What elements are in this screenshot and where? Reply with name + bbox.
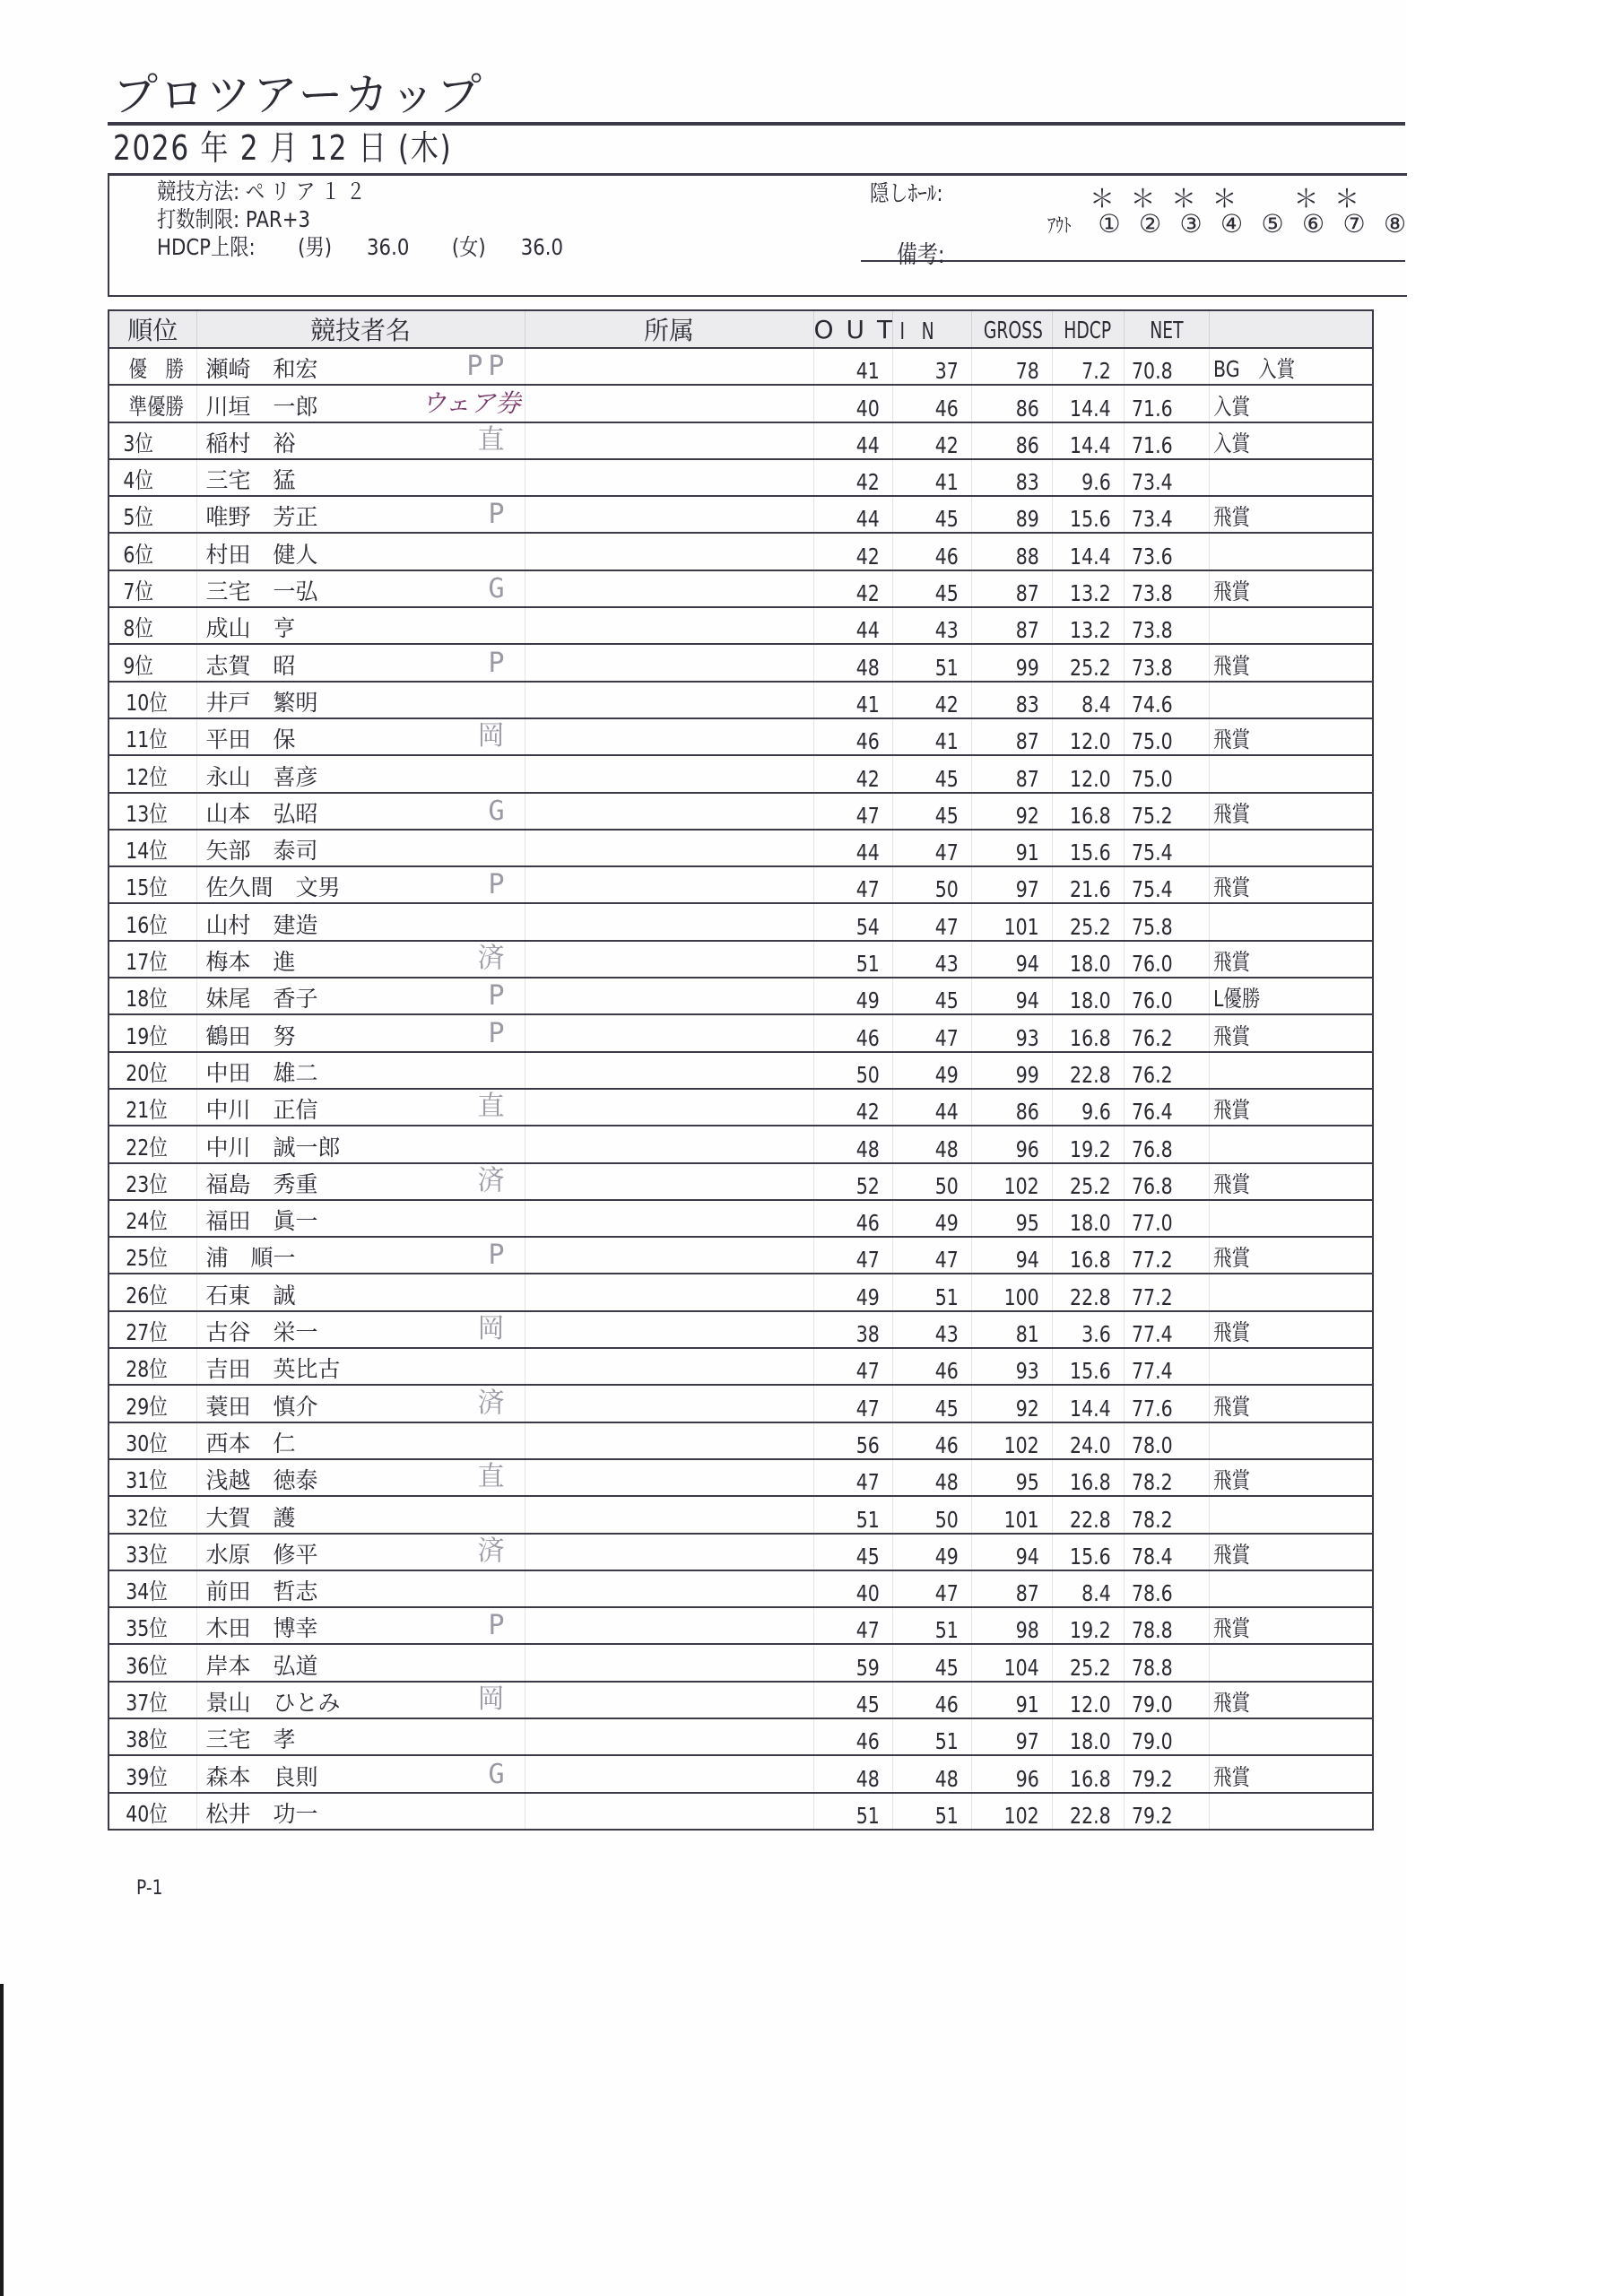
note-cell: 飛賞 (1209, 1682, 1373, 1718)
column-header-gross-text: GROSS (983, 317, 1042, 344)
rank-text: 33位 (126, 1537, 168, 1570)
gross-score: 92 (1015, 803, 1038, 829)
hdcp-cell: 21.6 (1052, 866, 1124, 903)
table-row: 25位浦 順一P47479416.877.2飛賞 (109, 1237, 1373, 1274)
net-cell: 75.4 (1124, 830, 1209, 866)
gross-score: 97 (1015, 1728, 1038, 1754)
table-row: 10位井戸 繁明4142838.474.6 (109, 682, 1373, 718)
note-cell (1209, 1274, 1373, 1310)
player-name-cell: 梅本 進済 (196, 941, 525, 978)
hdcp-cell: 25.2 (1052, 1163, 1124, 1200)
in-cell: 43 (892, 607, 971, 644)
player-name: 中田 雄二 (206, 1060, 318, 1086)
out-cell: 47 (813, 1385, 892, 1422)
note-cell (1209, 459, 1373, 496)
player-name: 石東 誠 (206, 1283, 296, 1309)
hdcp-cell: 7.2 (1052, 348, 1124, 385)
out-score: 48 (855, 1136, 879, 1162)
net-score: 77.4 (1132, 1358, 1173, 1384)
player-name-cell: 三宅 猛 (196, 459, 525, 496)
hdcp-cell: 12.0 (1052, 718, 1124, 755)
hdcp-value: 14.4 (1070, 1396, 1111, 1422)
net-cell: 78.4 (1124, 1534, 1209, 1570)
gross-score: 86 (1015, 396, 1038, 422)
net-score: 78.8 (1132, 1617, 1173, 1643)
out-cell: 38 (813, 1311, 892, 1348)
net-cell: 78.6 (1124, 1570, 1209, 1607)
player-name-cell: 志賀 昭P (196, 644, 525, 681)
player-name-cell: 水原 修平済 (196, 1534, 525, 1570)
out-cell: 48 (813, 644, 892, 681)
net-cell: 71.6 (1124, 385, 1209, 422)
rank-text: 3位 (123, 426, 153, 458)
hdcp-value: 9.6 (1081, 469, 1111, 495)
rank-cell: 16位 (109, 903, 196, 940)
note-cell: L優勝 (1209, 978, 1373, 1014)
net-cell: 73.8 (1124, 607, 1209, 644)
player-name: 三宅 一弘 (206, 578, 318, 604)
in-cell: 46 (892, 1682, 971, 1718)
rank-cell: 19位 (109, 1014, 196, 1051)
rank-cell: 31位 (109, 1459, 196, 1496)
gross-score: 91 (1015, 839, 1038, 865)
hdcp-value: 8.4 (1081, 691, 1111, 717)
award-note: 飛賞 (1213, 1092, 1250, 1125)
in-cell: 48 (892, 1755, 971, 1792)
hdcp-cell: 18.0 (1052, 941, 1124, 978)
player-name-cell: 浦 順一P (196, 1237, 525, 1274)
rank-cell: 14位 (109, 830, 196, 866)
award-note: 飛賞 (1213, 1611, 1250, 1643)
in-score: 51 (934, 1617, 958, 1643)
rank-cell: 8位 (109, 607, 196, 644)
table-row: 9位志賀 昭P48519925.273.8飛賞 (109, 644, 1373, 681)
player-name-cell: 木田 博幸P (196, 1607, 525, 1644)
rank-cell: 20位 (109, 1052, 196, 1089)
note-cell (1209, 1052, 1373, 1089)
net-cell: 77.6 (1124, 1385, 1209, 1422)
player-name: 平田 保 (206, 726, 296, 752)
rank-cell: 35位 (109, 1607, 196, 1644)
award-note: 入賞 (1213, 426, 1250, 458)
out-cell: 42 (813, 1089, 892, 1126)
player-name-cell: 中田 雄二 (196, 1052, 525, 1089)
in-score: 41 (934, 469, 958, 495)
gross-cell: 93 (971, 1014, 1052, 1051)
net-cell: 73.4 (1124, 496, 1209, 533)
rank-cell: 37位 (109, 1682, 196, 1718)
out-score: 44 (855, 839, 879, 865)
affiliation-cell (525, 682, 813, 718)
table-row: 18位妹尾 香子P49459418.076.0L優勝 (109, 978, 1373, 1014)
net-score: 77.4 (1132, 1321, 1173, 1347)
out-label: ｱｳﾄ (1047, 211, 1071, 239)
gross-cell: 83 (971, 682, 1052, 718)
rank-text: 16位 (126, 908, 168, 940)
hdcp-value: 25.2 (1070, 655, 1111, 681)
affiliation-cell (525, 1089, 813, 1126)
gross-score: 87 (1015, 1580, 1038, 1606)
table-row: 5位唯野 芳正P44458915.673.4飛賞 (109, 496, 1373, 533)
hdcp-value: 16.8 (1070, 1766, 1111, 1792)
affiliation-cell (525, 1200, 813, 1237)
net-cell: 75.8 (1124, 903, 1209, 940)
award-note: 入賞 (1213, 389, 1250, 422)
player-name: 木田 博幸 (206, 1615, 318, 1641)
note-cell (1209, 1126, 1373, 1162)
gross-cell: 91 (971, 830, 1052, 866)
gross-score: 96 (1015, 1136, 1038, 1162)
player-name-cell: 岸本 弘道 (196, 1644, 525, 1681)
out-cell: 41 (813, 682, 892, 718)
out-cell: 42 (813, 570, 892, 607)
column-header-in-text: I N (899, 313, 934, 346)
table-row: 33位水原 修平済45499415.678.4飛賞 (109, 1534, 1373, 1570)
out-score: 42 (855, 580, 879, 606)
in-cell: 47 (892, 1014, 971, 1051)
out-score: 49 (855, 1284, 879, 1310)
note-cell: 飛賞 (1209, 1237, 1373, 1274)
out-score: 42 (855, 469, 879, 495)
gross-score: 78 (1015, 358, 1038, 384)
in-cell: 48 (892, 1126, 971, 1162)
table-row: 15位佐久間 文男P47509721.675.4飛賞 (109, 866, 1373, 903)
player-name: 志賀 昭 (206, 653, 296, 679)
player-name-cell: 森本 良則G (196, 1755, 525, 1792)
player-name-cell: 三宅 孝 (196, 1718, 525, 1755)
in-cell: 45 (892, 978, 971, 1014)
rank-cell: 38位 (109, 1718, 196, 1755)
player-name: 三宅 猛 (206, 467, 296, 493)
stamp-mark: 直 (478, 1089, 510, 1123)
in-cell: 51 (892, 644, 971, 681)
out-cell: 51 (813, 941, 892, 978)
in-score: 45 (934, 506, 958, 532)
in-cell: 43 (892, 941, 971, 978)
gross-cell: 94 (971, 941, 1052, 978)
out-score: 40 (855, 1580, 879, 1606)
hdcp-cell: 15.6 (1052, 496, 1124, 533)
rank-cell: 28位 (109, 1348, 196, 1385)
hdcp-value: 15.6 (1070, 1544, 1111, 1570)
table-row: 20位中田 雄二50499922.876.2 (109, 1052, 1373, 1089)
in-score: 48 (934, 1469, 958, 1495)
out-cell: 50 (813, 1052, 892, 1089)
rank-cell: 22位 (109, 1126, 196, 1162)
affiliation-cell (525, 385, 813, 422)
stamp-mark: P (488, 648, 509, 679)
player-name-cell: 中川 誠一郎 (196, 1126, 525, 1162)
hole-3: ③ (1170, 209, 1211, 239)
remarks-label: 備考: (897, 235, 945, 270)
player-name: 永山 喜彦 (206, 764, 318, 790)
table-row: 優 勝瀬崎 和宏PP4137787.270.8BG 入賞 (109, 348, 1373, 385)
net-score: 79.2 (1132, 1766, 1173, 1792)
in-cell: 41 (892, 718, 971, 755)
in-score: 51 (934, 1728, 958, 1754)
out-score: 49 (855, 987, 879, 1013)
hdcp-value: 16.8 (1070, 1469, 1111, 1495)
in-cell: 45 (892, 1644, 971, 1681)
hole-2: ② (1130, 209, 1171, 239)
net-score: 75.4 (1132, 839, 1173, 865)
net-score: 71.6 (1132, 432, 1173, 458)
player-name-cell: 永山 喜彦 (196, 755, 525, 792)
out-cell: 48 (813, 1755, 892, 1792)
in-cell: 51 (892, 1607, 971, 1644)
hdcp-value: 12.0 (1070, 1692, 1111, 1718)
rank-cell: 21位 (109, 1089, 196, 1126)
hdcp-value: 15.6 (1070, 506, 1111, 532)
hdcp-value: 16.8 (1070, 803, 1111, 829)
award-note: 飛賞 (1213, 944, 1250, 977)
gross-score: 83 (1015, 469, 1038, 495)
hdcp-cell: 12.0 (1052, 1682, 1124, 1718)
hdcp-value: 12.0 (1070, 728, 1111, 754)
in-cell: 45 (892, 570, 971, 607)
hdcp-value: 25.2 (1070, 1655, 1111, 1681)
column-header-affiliation: 所属 (525, 310, 813, 348)
affiliation-cell (525, 1126, 813, 1162)
gross-score: 91 (1015, 1692, 1038, 1718)
column-header-note (1209, 310, 1373, 348)
in-score: 41 (934, 728, 958, 754)
rank-text: 28位 (126, 1352, 168, 1384)
net-cell: 76.8 (1124, 1126, 1209, 1162)
rank-cell: 30位 (109, 1422, 196, 1459)
note-cell: 飛賞 (1209, 1755, 1373, 1792)
out-score: 46 (855, 1728, 879, 1754)
in-score: 46 (934, 1358, 958, 1384)
note-cell: 飛賞 (1209, 570, 1373, 607)
rank-cell: 17位 (109, 941, 196, 978)
rank-text: 36位 (126, 1648, 168, 1681)
gross-cell: 97 (971, 866, 1052, 903)
net-cell: 78.0 (1124, 1422, 1209, 1459)
player-name-cell: 唯野 芳正P (196, 496, 525, 533)
hdcp-cell: 14.4 (1052, 385, 1124, 422)
out-cell: 42 (813, 755, 892, 792)
note-cell: BG 入賞 (1209, 348, 1373, 385)
rank-text: 15位 (126, 870, 168, 902)
gross-cell: 104 (971, 1644, 1052, 1681)
gross-cell: 94 (971, 1237, 1052, 1274)
hdcp-cell: 8.4 (1052, 682, 1124, 718)
player-name: 中川 誠一郎 (206, 1135, 341, 1161)
player-name-cell: 川垣 一郎ウェア券 (196, 385, 525, 422)
rank-text: 4位 (123, 463, 153, 495)
in-cell: 44 (892, 1089, 971, 1126)
table-row: 36位岸本 弘道594510425.278.8 (109, 1644, 1373, 1681)
net-score: 78.4 (1132, 1544, 1173, 1570)
affiliation-cell (525, 830, 813, 866)
event-date: 2026 年 2 月 12 日 (木) (113, 120, 452, 170)
net-score: 78.2 (1132, 1469, 1173, 1495)
column-header-net: NET (1124, 310, 1209, 348)
gross-score: 92 (1015, 1396, 1038, 1422)
table-row: 29位蓑田 慎介済47459214.477.6飛賞 (109, 1385, 1373, 1422)
rank-text: 40位 (126, 1796, 168, 1829)
affiliation-cell (525, 1348, 813, 1385)
player-name: 森本 良則 (206, 1764, 318, 1790)
award-note: 飛賞 (1213, 1167, 1250, 1199)
in-score: 46 (934, 396, 958, 422)
note-cell: 飛賞 (1209, 1385, 1373, 1422)
hdcp-cell: 13.2 (1052, 570, 1124, 607)
affiliation-cell (525, 422, 813, 459)
in-cell: 45 (892, 793, 971, 830)
hdcp-value: 18.0 (1070, 987, 1111, 1013)
note-cell: 飛賞 (1209, 496, 1373, 533)
player-name-cell: 中川 正信直 (196, 1089, 525, 1126)
table-row: 19位鶴田 努P46479316.876.2飛賞 (109, 1014, 1373, 1051)
gross-score: 95 (1015, 1210, 1038, 1236)
in-cell: 47 (892, 1570, 971, 1607)
in-cell: 43 (892, 1311, 971, 1348)
gross-cell: 102 (971, 1422, 1052, 1459)
affiliation-cell (525, 903, 813, 940)
player-name: 大賀 護 (206, 1505, 296, 1531)
out-score: 47 (855, 1617, 879, 1643)
hdcp-cell: 18.0 (1052, 978, 1124, 1014)
page-number: P-1 (136, 1877, 163, 1900)
hdcp-cell: 19.2 (1052, 1126, 1124, 1162)
player-name: 松井 功一 (206, 1801, 318, 1827)
gross-score: 102 (1003, 1803, 1038, 1829)
rank-text: 優 勝 (129, 352, 185, 384)
table-row: 7位三宅 一弘G42458713.273.8飛賞 (109, 570, 1373, 607)
gross-score: 94 (1015, 1544, 1038, 1570)
player-name-cell: 平田 保岡 (196, 718, 525, 755)
player-name: 浦 順一 (206, 1245, 296, 1271)
gross-cell: 100 (971, 1274, 1052, 1310)
award-note: L優勝 (1213, 981, 1260, 1013)
hdcp-cell: 15.6 (1052, 1348, 1124, 1385)
column-header-rank: 順位 (109, 310, 196, 348)
stroke-limit-value: PAR+3 (246, 206, 310, 232)
in-score: 46 (934, 1692, 958, 1718)
out-cell: 56 (813, 1422, 892, 1459)
award-note: 飛賞 (1213, 1389, 1250, 1422)
out-score: 51 (855, 1507, 879, 1533)
gross-score: 96 (1015, 1766, 1038, 1792)
in-score: 49 (934, 1062, 958, 1088)
net-score: 70.8 (1132, 358, 1173, 384)
hdcp-value: 22.8 (1070, 1507, 1111, 1533)
in-score: 47 (934, 1025, 958, 1051)
rank-text: 30位 (126, 1426, 168, 1458)
gross-score: 87 (1015, 580, 1038, 606)
note-cell (1209, 755, 1373, 792)
table-row: 34位前田 哲志4047878.478.6 (109, 1570, 1373, 1607)
gross-cell: 102 (971, 1163, 1052, 1200)
hole-4: ④ (1211, 209, 1253, 239)
player-name: 福島 秀重 (206, 1171, 318, 1197)
out-cell: 47 (813, 1348, 892, 1385)
in-score: 46 (934, 1432, 958, 1458)
rank-cell: 33位 (109, 1534, 196, 1570)
out-score: 50 (855, 1062, 879, 1088)
out-cell: 45 (813, 1534, 892, 1570)
out-score: 46 (855, 1210, 879, 1236)
gross-score: 87 (1015, 728, 1038, 754)
rank-cell: 25位 (109, 1237, 196, 1274)
player-name-cell: 浅越 徳泰直 (196, 1459, 525, 1496)
hdcp-male-label: (男) (298, 234, 332, 260)
player-name: 西本 仁 (206, 1431, 296, 1457)
out-score: 42 (855, 766, 879, 792)
gross-cell: 87 (971, 718, 1052, 755)
out-score: 47 (855, 1247, 879, 1273)
affiliation-cell (525, 570, 813, 607)
gross-cell: 81 (971, 1311, 1052, 1348)
note-cell: 飛賞 (1209, 1607, 1373, 1644)
player-name: 佐久間 文男 (206, 874, 341, 900)
gross-cell: 86 (971, 1089, 1052, 1126)
affiliation-cell (525, 1682, 813, 1718)
table-row: 13位山本 弘昭G47459216.875.2飛賞 (109, 793, 1373, 830)
gross-cell: 99 (971, 644, 1052, 681)
out-cell: 51 (813, 1793, 892, 1830)
note-cell (1209, 1348, 1373, 1385)
gross-cell: 101 (971, 903, 1052, 940)
gross-score: 93 (1015, 1358, 1038, 1384)
affiliation-cell (525, 1274, 813, 1310)
hidden-holes-label: 隠しﾎｰﾙ: (870, 176, 943, 208)
rank-text: 31位 (126, 1463, 168, 1495)
affiliation-cell (525, 866, 813, 903)
hdcp-value: 22.8 (1070, 1062, 1111, 1088)
stamp-mark: 済 (478, 1163, 510, 1197)
in-score: 49 (934, 1544, 958, 1570)
award-note: 飛賞 (1213, 722, 1250, 754)
hdcp-value: 13.2 (1070, 617, 1111, 643)
in-cell: 49 (892, 1200, 971, 1237)
net-score: 77.2 (1132, 1284, 1173, 1310)
player-name: 矢部 泰司 (206, 838, 318, 864)
hdcp-value: 16.8 (1070, 1247, 1111, 1273)
hdcp-cell: 14.4 (1052, 422, 1124, 459)
player-name-cell: 福島 秀重済 (196, 1163, 525, 1200)
in-score: 44 (934, 1099, 958, 1125)
table-row: 32位大賀 護515010122.878.2 (109, 1496, 1373, 1533)
net-cell: 75.4 (1124, 866, 1209, 903)
player-name-cell: 松井 功一 (196, 1793, 525, 1830)
gross-score: 94 (1015, 1247, 1038, 1273)
in-cell: 48 (892, 1459, 971, 1496)
affiliation-cell (525, 1793, 813, 1830)
gross-score: 81 (1015, 1321, 1038, 1347)
note-cell (1209, 607, 1373, 644)
affiliation-cell (525, 1496, 813, 1533)
table-row: 27位古谷 栄一岡3843813.677.4飛賞 (109, 1311, 1373, 1348)
out-score: 52 (855, 1173, 879, 1199)
hdcp-value: 22.8 (1070, 1284, 1111, 1310)
award-note: 飛賞 (1213, 500, 1250, 532)
gross-score: 98 (1015, 1617, 1038, 1643)
gross-score: 94 (1015, 987, 1038, 1013)
hdcp-value: 22.8 (1070, 1803, 1111, 1829)
rank-text: 5位 (123, 500, 153, 532)
award-note: 飛賞 (1213, 648, 1250, 681)
in-score: 42 (934, 691, 958, 717)
affiliation-cell (525, 755, 813, 792)
out-score: 40 (855, 396, 879, 422)
player-name: 鶴田 努 (206, 1023, 296, 1049)
gross-score: 94 (1015, 951, 1038, 977)
hdcp-cell: 14.4 (1052, 533, 1124, 570)
hdcp-cell: 16.8 (1052, 1237, 1124, 1274)
